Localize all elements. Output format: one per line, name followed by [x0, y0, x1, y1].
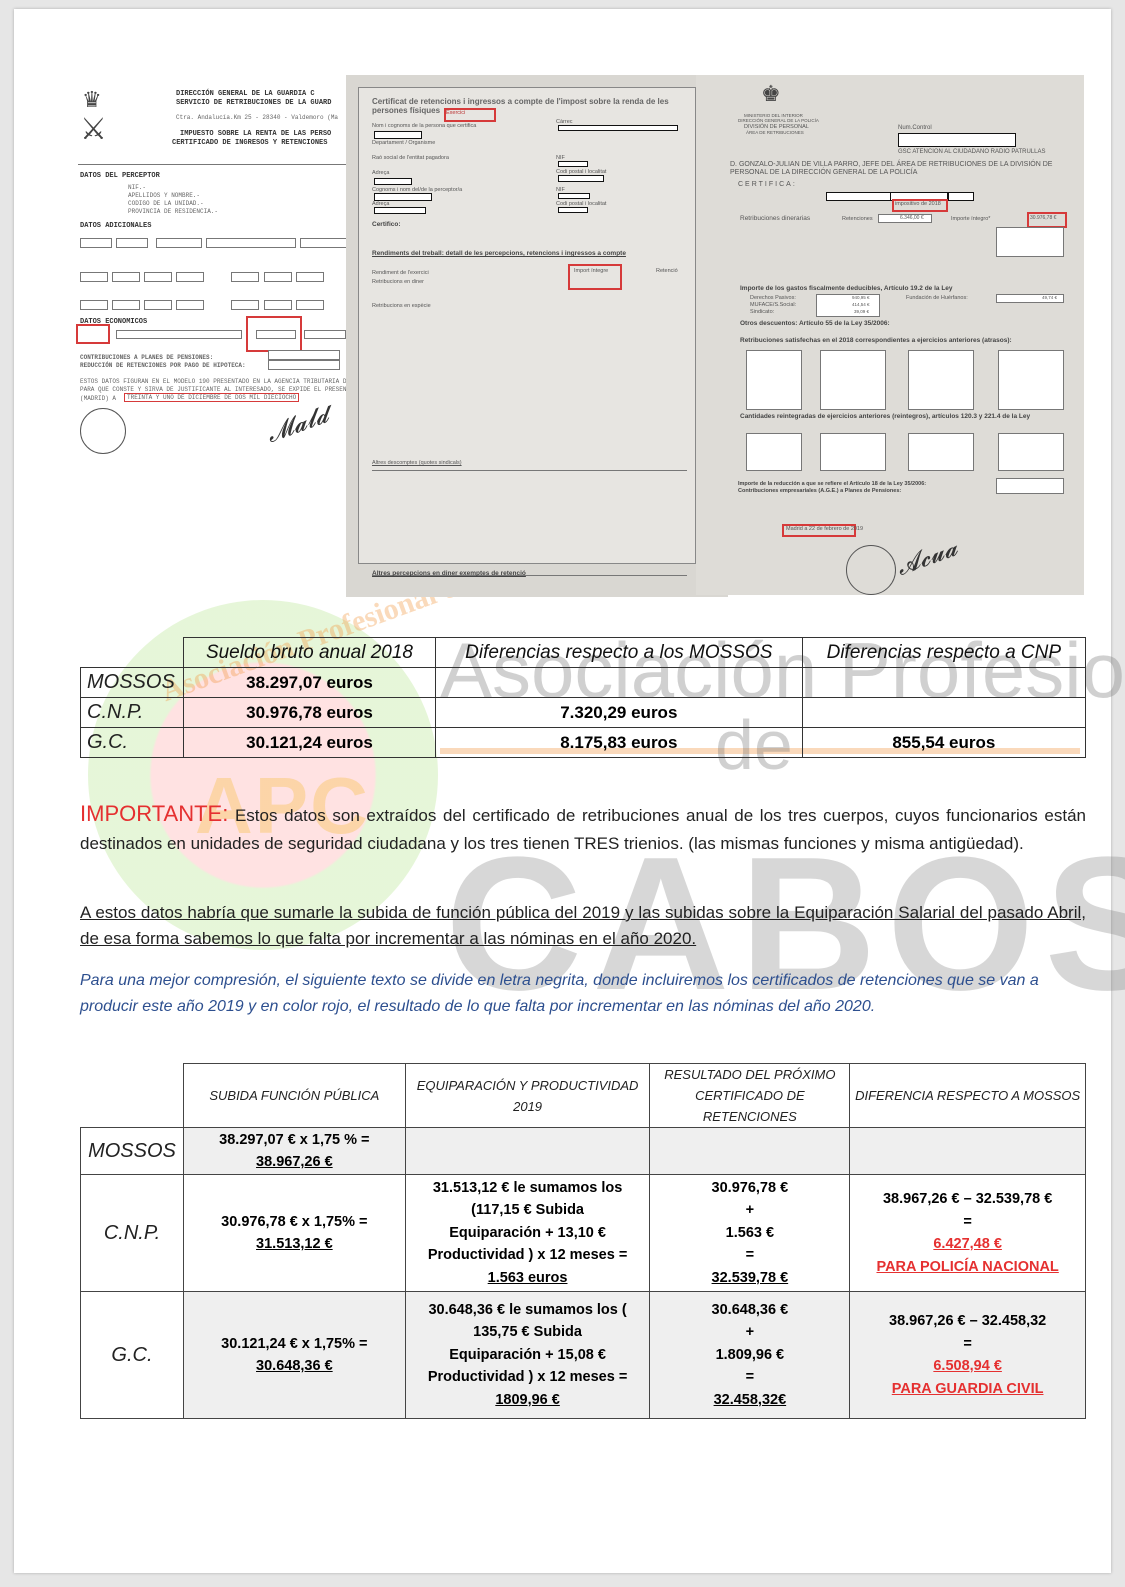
dif-formula: 38.967,26 € – 32.458,32	[854, 1310, 1081, 1333]
row-label: C.N.P.	[81, 1175, 184, 1292]
table-row-gc: G.C. 30.121,24 € x 1,75% =30.648,36 € 30…	[81, 1292, 1086, 1419]
important-label: IMPORTANTE:	[80, 801, 228, 826]
reduccion: Importe de la reducción a que se refiere…	[738, 481, 926, 487]
signature-icon: 𝓐𝓬𝓾𝓪	[893, 535, 961, 582]
mossos-descomptes: Altres descomptes (quotes sindicals)	[372, 460, 462, 466]
header-diferencia: DIFERENCIA RESPECTO A MOSSOS	[850, 1064, 1086, 1128]
crossed-sword-icon: ⚔	[80, 112, 107, 149]
signature-icon: 𝓜𝓪𝓵𝓭	[263, 402, 332, 449]
res-line: 30.648,36 €	[654, 1299, 845, 1322]
row-label: MOSSOS	[81, 668, 184, 698]
gc-contribuciones: CONTRIBUCIONES A PLANES DE PENSIONES:	[80, 354, 213, 361]
scan-mossos-certificate: Certificat de retencions i ingressos a c…	[346, 75, 728, 597]
mossos-field: Nom i cognoms de la persona que certific…	[372, 123, 476, 129]
police-fecha: Madrid a 22 de febrero de 2019	[786, 526, 863, 532]
subida-formula: 30.121,24 € x 1,75% =	[188, 1333, 401, 1356]
res-line: +	[654, 1321, 845, 1344]
diferencia-cell: 38.967,26 € – 32.539,78 € = 6.427,48 € P…	[850, 1175, 1086, 1292]
contribuciones: Contribuciones empresariales (A.G.E.) a …	[738, 488, 901, 494]
mossos-import: Import íntegre	[574, 268, 608, 274]
sindicato: Sindicato:	[750, 309, 774, 315]
equip-line: Productividad ) x 12 meses =	[410, 1244, 646, 1267]
dif-mossos-cell: 7.320,29 euros	[435, 698, 802, 728]
resultado-cell: 30.648,36 € + 1.809,96 € = 32.458,32€	[650, 1292, 850, 1419]
equip-line: Productividad ) x 12 meses =	[410, 1366, 646, 1389]
police-heading: D. GONZALO-JULIAN DE VILLA PARRO, JEFE D…	[730, 161, 1070, 177]
mossos-percepcions: Altres percepcions en diner exemptes de …	[372, 570, 526, 577]
sueldo-cell: 30.121,24 euros	[184, 728, 436, 758]
res-result: 32.458,32€	[654, 1389, 845, 1412]
atrasos: Retribuciones satisfechas en el 2018 cor…	[740, 337, 1012, 344]
diferencia-cell	[850, 1128, 1086, 1175]
salary-comparison-table: Sueldo bruto anual 2018 Diferencias resp…	[80, 637, 1086, 758]
gc-address: Ctra. Andalucía.Km 25 - 28340 - Valdemor…	[176, 114, 338, 121]
gc-footer-date: TREINTA Y UNO DE DICIEMBRE DE DOS MIL DI…	[124, 393, 299, 402]
gc-title: IMPUESTO SOBRE LA RENTA DE LAS PERSO	[180, 130, 331, 138]
res-line: 1.563 €	[654, 1222, 845, 1245]
retenciones-value: 6.346,00 €	[900, 215, 924, 221]
equip-result: 1.563 euros	[410, 1267, 646, 1290]
subida-formula: 38.297,07 € x 1,75 % =	[188, 1129, 401, 1152]
guardia-civil-emblem-icon: ♛	[82, 88, 102, 114]
sindicato-value: 39,09 €	[854, 309, 869, 314]
spain-coat-of-arms-icon: ♚	[761, 81, 781, 107]
ministry-line: DIRECCIÓN GENERAL DE LA POLICÍA	[738, 118, 819, 123]
equip-line: 30.648,36 € le sumamos los (	[410, 1299, 646, 1322]
gc-field: NIF.-	[128, 184, 146, 191]
mufaces-value: 414,54 €	[852, 302, 870, 307]
police-unit: GSC ATENCION AL CIUDADANO RADIO PATRULLA…	[898, 149, 1045, 155]
table-row-mossos: MOSSOS 38.297,07 € x 1,75 % =38.967,26 €	[81, 1128, 1086, 1175]
dif-eq: =	[854, 1211, 1081, 1234]
mossos-field: Raó social de l'entitat pagadora	[372, 155, 449, 161]
dif-eq: =	[854, 1333, 1081, 1356]
gc-header: DIRECCIÓN GENERAL DE LA GUARDIA C	[176, 90, 315, 98]
mossos-field: Adreça	[372, 170, 389, 176]
res-line: +	[654, 1199, 845, 1222]
header-equiparacion: EQUIPARACIÓN Y PRODUCTIVIDAD 2019	[405, 1064, 650, 1128]
police-seal-icon	[846, 545, 896, 595]
dif-cnp-cell	[802, 698, 1085, 728]
table-row: C.N.P. 30.976,78 euros 7.320,29 euros	[81, 698, 1086, 728]
importe-label: Importe íntegro*	[951, 216, 990, 222]
gc-header2: SERVICIO DE RETRIBUCIONES DE LA GUARD	[176, 99, 331, 107]
table-row: MOSSOS 38.297,07 euros	[81, 668, 1086, 698]
gc-footer3: (MADRID) A	[80, 395, 116, 402]
table-row-cnp: C.N.P. 30.976,78 € x 1,75% =31.513,12 € …	[81, 1175, 1086, 1292]
gc-footer2: PARA QUE CONSTE Y SIRVA DE JUSTIFICANTE …	[80, 386, 348, 393]
sueldo-cell: 30.976,78 euros	[184, 698, 436, 728]
explanation-paragraph: Para una mejor compresión, el siguiente …	[80, 968, 1086, 1020]
equiparacion-cell: 30.648,36 € le sumamos los ( 135,75 € Su…	[405, 1292, 650, 1419]
gc-perceptor: DATOS DEL PERCEPTOR	[80, 172, 160, 180]
projection-table: SUBIDA FUNCIÓN PÚBLICA EQUIPARACIÓN Y PR…	[80, 1063, 1086, 1419]
subida-result: 30.648,36 €	[188, 1355, 401, 1378]
dif-formula: 38.967,26 € – 32.539,78 €	[854, 1188, 1081, 1211]
official-seal-icon	[80, 408, 126, 454]
table-corner	[81, 638, 184, 668]
subida-formula: 30.976,78 € x 1,75% =	[188, 1211, 401, 1234]
importe-value: 30.976,78 €	[1030, 215, 1056, 221]
dif-label: PARA POLICÍA NACIONAL	[854, 1256, 1081, 1279]
mossos-certifico: Certifico:	[372, 221, 401, 228]
mossos-field: Departament / Organisme	[372, 140, 435, 146]
gc-adicionales: DATOS ADICIONALES	[80, 222, 151, 230]
derechos-value: 940,95 €	[852, 295, 870, 300]
dif-result: 6.427,48 €	[854, 1233, 1081, 1256]
equip-result: 1809,96 €	[410, 1389, 646, 1412]
mufaces: MUFACE/S.Social:	[750, 302, 796, 308]
fundacion: Fundación de Huérfanos:	[906, 295, 968, 301]
subida-cell: 30.976,78 € x 1,75% =31.513,12 €	[183, 1175, 405, 1292]
gc-field: CODIGO DE LA UNIDAD.-	[128, 200, 204, 207]
equip-line: (117,15 € Subida	[410, 1199, 646, 1222]
retrib-dinerarias: Retribuciones dinerarias	[740, 215, 810, 222]
gastos-title: Importe de los gastos fiscalmente deduci…	[740, 285, 953, 292]
mossos-title: Certificat de retencions i ingressos a c…	[372, 97, 692, 115]
table-header-row: Sueldo bruto anual 2018 Diferencias resp…	[81, 638, 1086, 668]
mossos-retencio: Retenció	[656, 268, 678, 274]
dif-label: PARA GUARDIA CIVIL	[854, 1378, 1081, 1401]
equip-line: 31.513,12 € le sumamos los	[410, 1177, 646, 1200]
gc-footer: ESTOS DATOS FIGURAN EN EL MODELO 190 PRE…	[80, 378, 348, 385]
gc-field: PROVINCIA DE RESIDENCIA.-	[128, 208, 218, 215]
mossos-especie: Retribucions en espècie	[372, 303, 431, 309]
derechos-pasivos: Derechos Pasivos:	[750, 295, 796, 301]
diferencia-cell: 38.967,26 € – 32.458,32 = 6.508,94 € PAR…	[850, 1292, 1086, 1419]
exercici-label: Exercici	[446, 110, 465, 116]
dif-mossos-cell: 8.175,83 euros	[435, 728, 802, 758]
header-subida: SUBIDA FUNCIÓN PÚBLICA	[183, 1064, 405, 1128]
important-body: Estos datos son extraídos del certificad…	[80, 806, 1086, 853]
mossos-diner: Retribucions en diner	[372, 279, 424, 285]
fundacion-value: 49,74 €	[1042, 295, 1057, 300]
scan-guardia-civil-certificate: ♛ ⚔ DIRECCIÓN GENERAL DE LA GUARDIA C SE…	[76, 82, 348, 462]
ministry-line: ÁREA DE RETRIBUCIONES	[746, 130, 804, 135]
dif-mossos-cell	[435, 668, 802, 698]
header-dif-mossos: Diferencias respecto a los MOSSOS	[435, 638, 802, 668]
equiparacion-cell	[405, 1128, 650, 1175]
resultado-cell	[650, 1128, 850, 1175]
sueldo-cell: 38.297,07 euros	[184, 668, 436, 698]
table-row: G.C. 30.121,24 euros 8.175,83 euros 855,…	[81, 728, 1086, 758]
res-line: =	[654, 1244, 845, 1267]
gc-field: APELLIDOS Y NOMBRE.-	[128, 192, 200, 199]
header-resultado: RESULTADO DEL PRÓXIMO CERTIFICADO DE RET…	[650, 1064, 850, 1128]
table-header-row: SUBIDA FUNCIÓN PÚBLICA EQUIPARACIÓN Y PR…	[81, 1064, 1086, 1128]
res-line: 30.976,78 €	[654, 1177, 845, 1200]
row-label: G.C.	[81, 728, 184, 758]
row-label: C.N.P.	[81, 698, 184, 728]
gc-title2: CERTIFICADO DE INGRESOS Y RETENCIONES	[172, 139, 327, 147]
certifica: CERTIFICA:	[738, 181, 797, 188]
reintegros: Cantidades reintegradas de ejercicios an…	[740, 413, 1030, 420]
scan-policia-certificate: ♚ MINISTERIO DEL INTERIOR DIRECCIÓN GENE…	[696, 75, 1084, 595]
res-result: 32.539,78 €	[654, 1267, 845, 1290]
res-line: =	[654, 1366, 845, 1389]
table-corner	[81, 1064, 184, 1128]
police-periodo: impositivo de 2018	[895, 201, 941, 207]
row-label: G.C.	[81, 1292, 184, 1419]
subida-result: 38.967,26 €	[188, 1151, 401, 1174]
mossos-rendiments: Rendiments del treball: detall de les pe…	[372, 250, 626, 257]
important-paragraph: IMPORTANTE: Estos datos son extraídos de…	[80, 800, 1086, 858]
retenciones-label: Retenciones	[842, 216, 873, 222]
equiparacion-cell: 31.513,12 € le sumamos los (117,15 € Sub…	[405, 1175, 650, 1292]
equiparacion-paragraph: A estos datos habría que sumarle la subi…	[80, 900, 1086, 952]
res-line: 1.809,96 €	[654, 1344, 845, 1367]
header-dif-cnp: Diferencias respecto a CNP	[802, 638, 1085, 668]
equip-line: Equiparación + 13,10 €	[410, 1222, 646, 1245]
num-control: Num.Control	[898, 125, 932, 131]
subida-cell: 30.121,24 € x 1,75% =30.648,36 €	[183, 1292, 405, 1419]
equip-line: 135,75 € Subida	[410, 1321, 646, 1344]
subida-cell: 38.297,07 € x 1,75 % =38.967,26 €	[183, 1128, 405, 1175]
row-label: MOSSOS	[81, 1128, 184, 1175]
header-sueldo: Sueldo bruto anual 2018	[184, 638, 436, 668]
dif-cnp-cell	[802, 668, 1085, 698]
equip-line: Equiparación + 15,08 €	[410, 1344, 646, 1367]
otros-descuentos: Otros descuentos: Artículo 55 de la Ley …	[740, 320, 890, 327]
subida-result: 31.513,12 €	[188, 1233, 401, 1256]
dif-result: 6.508,94 €	[854, 1355, 1081, 1378]
mossos-rendiment: Rendiment de l'exercici	[372, 270, 429, 276]
resultado-cell: 30.976,78 € + 1.563 € = 32.539,78 €	[650, 1175, 850, 1292]
dif-cnp-cell: 855,54 euros	[802, 728, 1085, 758]
gc-reduccion: REDUCCIÓN DE RETENCIONES POR PAGO DE HIP…	[80, 362, 246, 369]
